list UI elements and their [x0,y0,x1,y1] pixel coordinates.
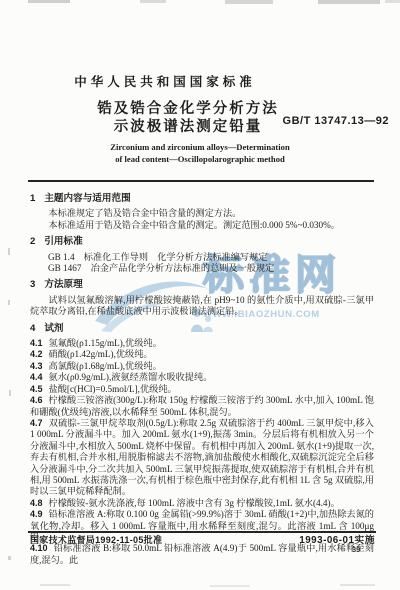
reagent-item: 4.3高氯酸(ρ1.68g/mL),优级纯。 [30,361,374,372]
approval-note: 国家技术监督局1992-11-05批准 [30,533,162,546]
scan-artifact [9,390,11,396]
standard-number: GB/T 13747.13—92 [283,115,389,127]
clause-text: 硝酸(ρ1.42g/mL),优级纯。 [49,349,153,359]
national-standard-header: 中华人民共和国国家标准 [0,72,365,90]
implementation-date: 1993-06-01实施 [299,532,375,546]
clause-text: 柠檬酸三铵溶液(300g/L):称取 150g 柠檬酸三铵溶于约 300mL 水… [30,395,374,416]
reagent-item: 4.4氨水(ρ0.9g/mL),液氨经蒸馏水吸收提纯。 [30,372,374,383]
document-page: 中华人民共和国国家标准 锆及锆合金化学分析方法 示波极谱法测定铅量 GB/T 1… [0,0,400,590]
section-number: 4 [30,323,35,334]
footer: 国家技术监督局1992-11-05批准 1993-06-01实施 [30,533,375,545]
reagent-item: 4.1氢氟酸(ρ1.15g/mL),优级纯。 [30,338,374,349]
section-heading: 4试剂 [30,323,374,334]
scan-artifact [340,584,375,586]
reagent-item: 4.6柠檬酸三铵溶液(300g/L):称取 150g 柠檬酸三铵溶于约 300m… [30,395,374,418]
title-en-line1: Zirconium and zirconium alloys—Determina… [0,142,400,154]
scan-artifact [40,584,70,586]
header-divider-rule [28,180,374,182]
reagent-item: 4.2硝酸(ρ1.42g/mL),优级纯。 [30,349,374,360]
reagent-item: 4.5盐酸[c(HCl)=0.5mol/L],优级纯。 [30,384,374,395]
section-title: 方法原理 [44,279,82,290]
scan-artifact [210,585,250,587]
scan-artifact [140,0,166,3]
reagent-item: 4.10铅标准溶液 B:移取 50.0mL 铅标准溶液 A(4.9)于 500m… [30,543,374,566]
document-title-en: Zirconium and zirconium alloys—Determina… [0,142,400,165]
section-heading: 2引用标准 [30,236,374,247]
clause-number: 4.6 [30,395,43,405]
scan-artifact [8,556,11,560]
section-title: 试剂 [44,323,63,334]
paragraph: 本标准适用于锆及锆合金中铅含量的测定。测定范围:0.000 5%~0.030%。 [30,220,374,231]
clause-number: 4.8 [30,498,43,508]
title-en-line2: of lead content—Oscillopolarographic met… [0,154,400,166]
section-title: 引用标准 [44,236,82,247]
scan-noise-top [0,0,400,5]
clause-text: 氢氟酸(ρ1.15g/mL),优级纯。 [49,338,162,348]
clause-text: 盐酸[c(HCl)=0.5mol/L],优级纯。 [49,384,177,394]
reference-item: GB 1467 冶金产品化学分析方法标准的总则及一般规定 [30,263,374,274]
paragraph: 本标准规定了锆及锆合金中铅含量的测定方法。 [30,208,374,219]
reagent-item: 4.8柠檬酸铵-氨水洗涤液,每 100mL 溶液中含有 3g 柠檬酸铵,1mL … [30,498,374,509]
clause-number: 4.4 [30,372,43,382]
section-number: 3 [30,279,35,290]
scan-artifact [225,0,273,4]
clause-number: 4.3 [30,361,43,371]
clause-number: 4.2 [30,349,43,359]
section-heading: 1主题内容与适用范围 [30,193,374,204]
section-number: 2 [30,236,35,247]
reference-item: GB 1.4 标准化工作导则 化学分析方法标准编写规定 [30,252,374,263]
scan-artifact [8,300,10,305]
scan-artifact [8,248,10,255]
section-title: 主题内容与适用范围 [44,193,130,204]
clause-text: 铅标准溶液 B:移取 50.0mL 铅标准溶液 A(4.9)于 500mL 容量… [30,543,374,564]
clause-text: 双硫腙-三氯甲烷萃取剂(0.5g/L):称取 2.5g 双硫腙溶于约 400mL… [30,418,374,496]
clause-number: 4.7 [30,418,43,428]
clause-number: 4.9 [30,509,43,519]
scan-artifact [385,0,400,3]
clause-text: 柠檬酸铵-氨水洗涤液,每 100mL 溶液中含有 3g 柠檬酸铵,1mL 氨水(… [49,498,340,508]
scan-artifact [318,0,380,4]
clause-text: 氨水(ρ0.9g/mL),液氨经蒸馏水吸收提纯。 [49,372,213,382]
section-heading: 3方法原理 [30,279,374,290]
paragraph: 试料以氢氟酸溶解,用柠檬酸铵掩蔽锆,在 pH9~10 的氨性介质中,用双硫腙-三… [30,295,374,318]
scan-artifact [28,0,70,3]
section-number: 1 [30,193,35,204]
document-body: 1主题内容与适用范围 本标准规定了锆及锆合金中铅含量的测定方法。 本标准适用于锆… [30,188,374,566]
clause-number: 4.5 [30,384,43,394]
page-number: 39 [352,545,360,554]
clause-number: 4.1 [30,338,43,348]
clause-text: 高氯酸(ρ1.68g/mL),优级纯。 [49,361,162,371]
reagent-item: 4.7双硫腙-三氯甲烷萃取剂(0.5g/L):称取 2.5g 双硫腙溶于约 40… [30,418,374,498]
